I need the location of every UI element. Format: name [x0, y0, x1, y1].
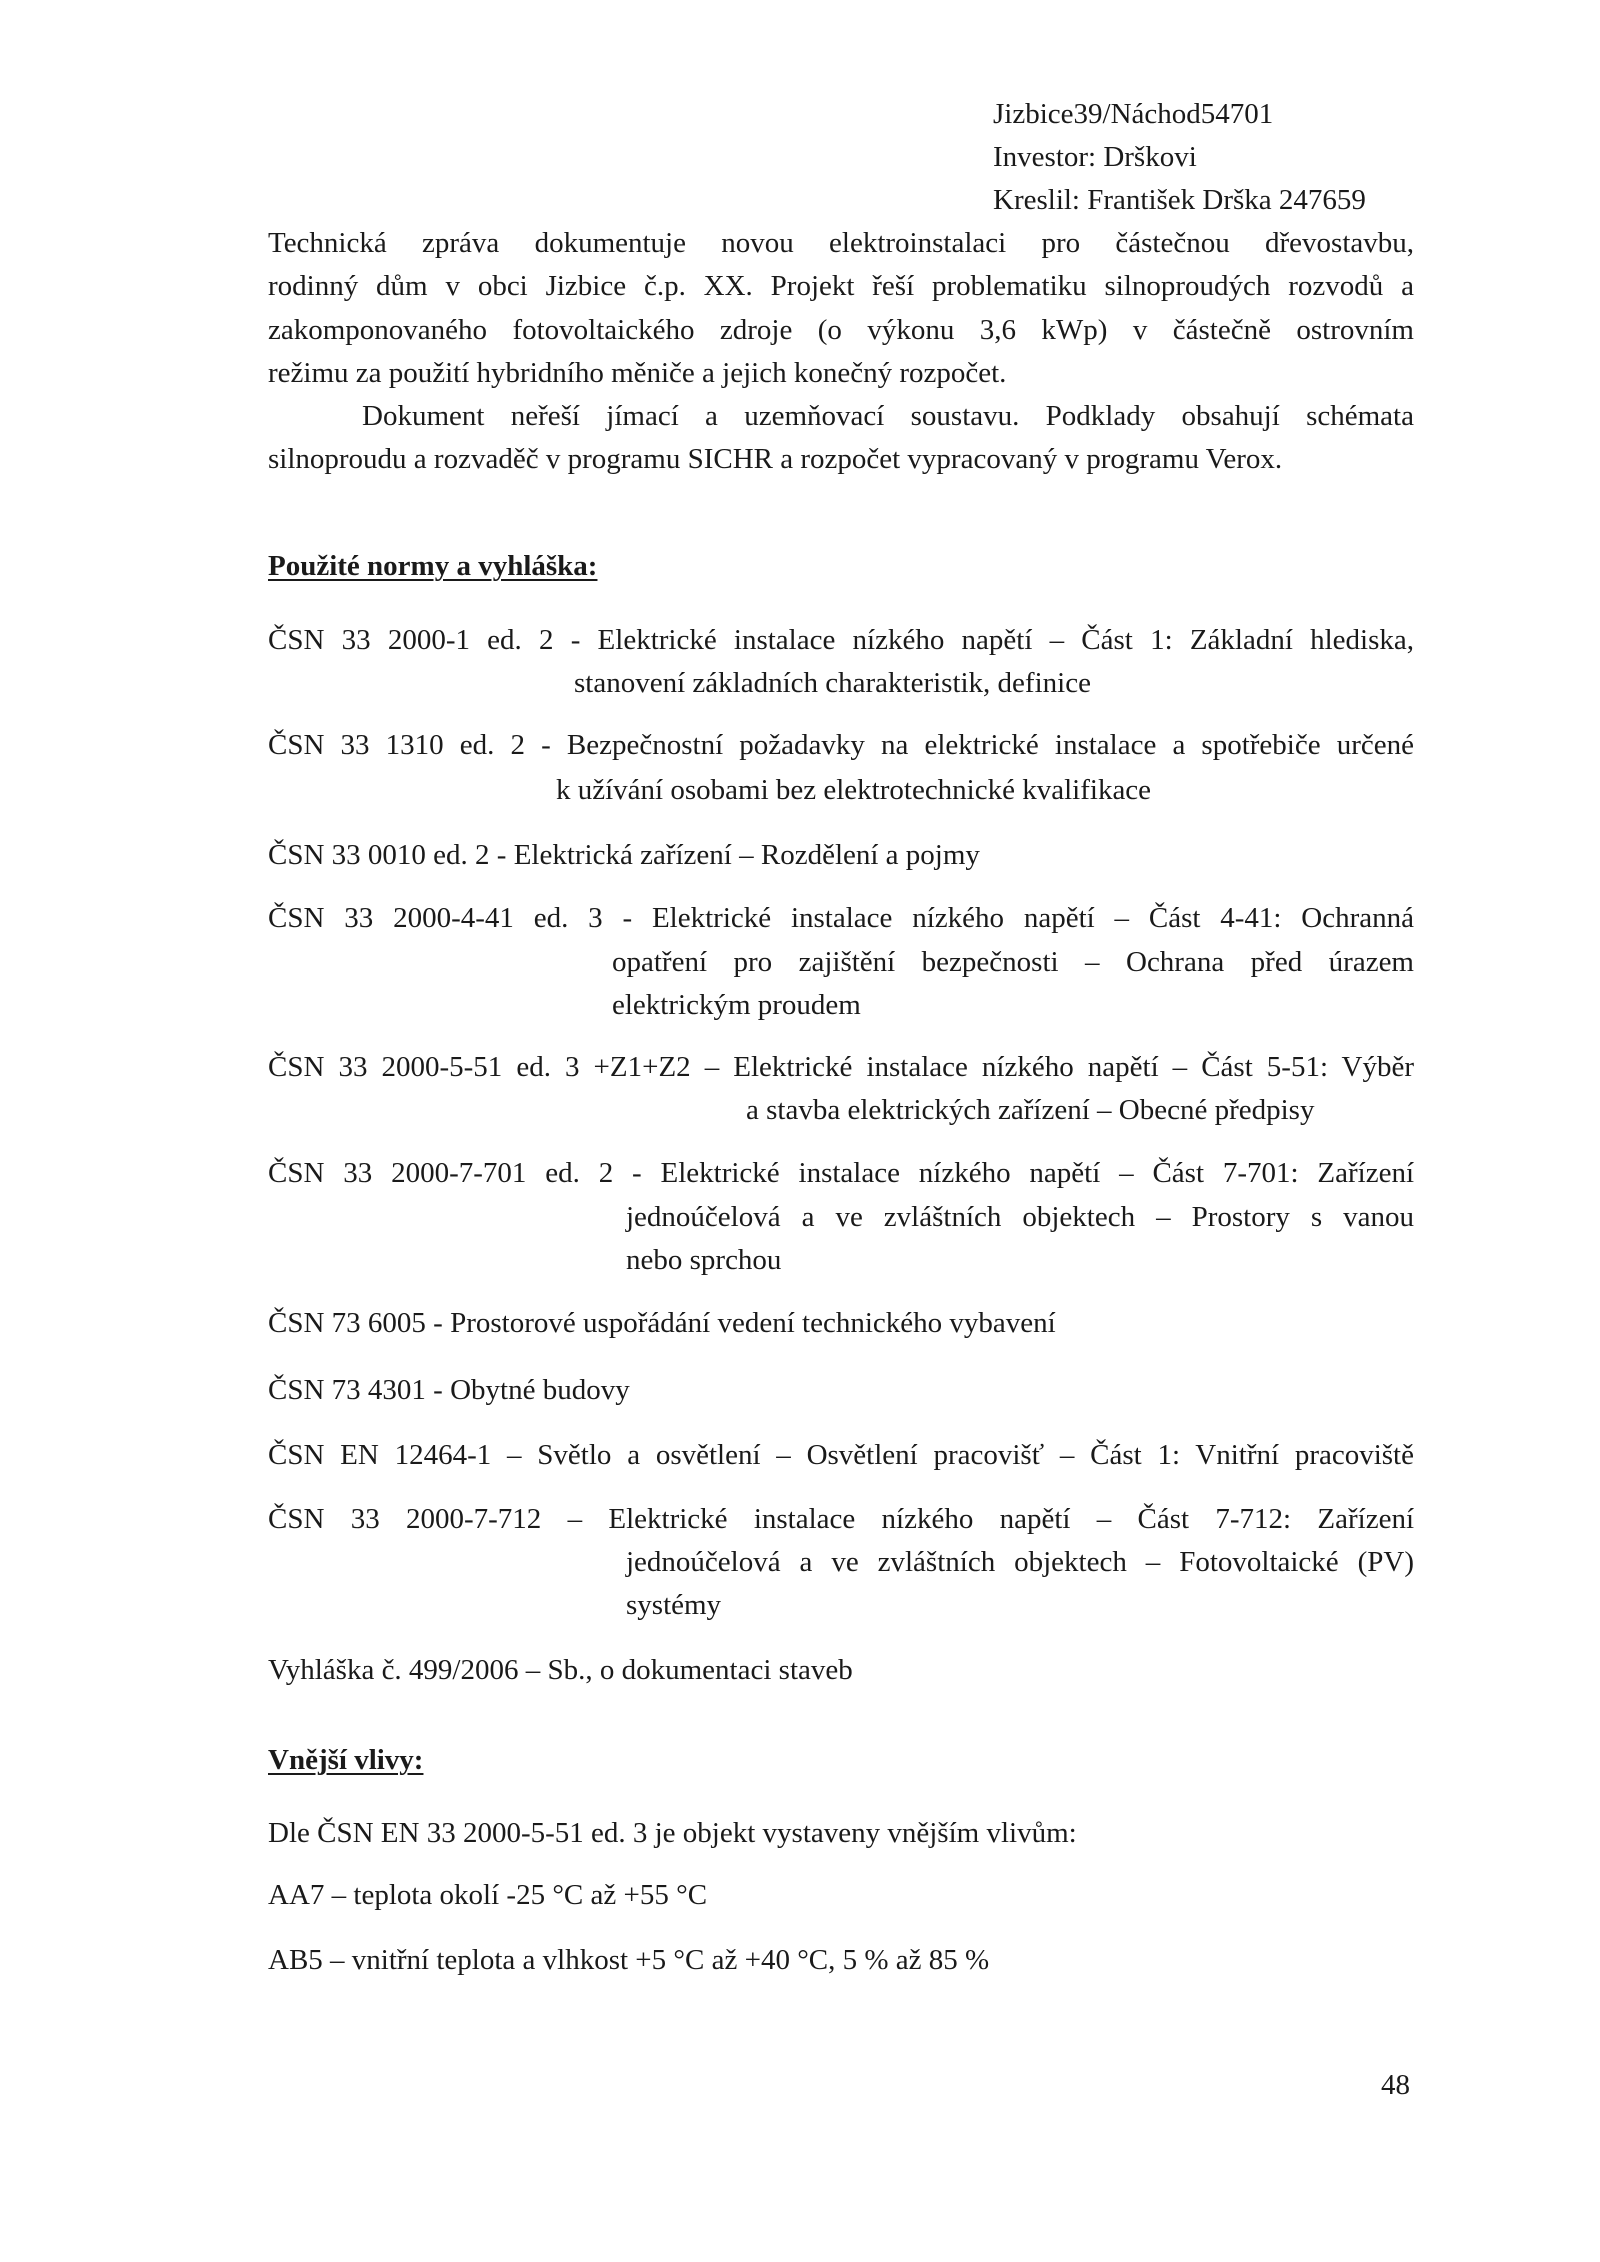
intro-p2-line: silnoproudu a rozvaděč v programu SICHR …: [268, 441, 1282, 477]
external-item: AB5 – vnitřní teplota a vlhkost +5 °C až…: [268, 1942, 989, 1978]
external-item: AA7 – teplota okolí -25 °C až +55 °C: [268, 1877, 707, 1913]
norm-item-line: k užívání osobami bez elektrotechnické k…: [556, 772, 1151, 808]
norm-item-line: ČSN 33 2000-5-51 ed. 3 +Z1+Z2 – Elektric…: [268, 1049, 1414, 1085]
external-intro: Dle ČSN EN 33 2000-5-51 ed. 3 je objekt …: [268, 1815, 1077, 1851]
norm-item-line: stanovení základních charakteristik, def…: [574, 665, 1091, 701]
norm-item-line: ČSN 73 6005 - Prostorové uspořádání vede…: [268, 1305, 1056, 1341]
intro-p2-line: Dokument neřeší jímací a uzemňovací sous…: [362, 398, 1414, 434]
intro-p1-line: rodinný dům v obci Jizbice č.p. XX. Proj…: [268, 268, 1414, 304]
norm-item-line: ČSN 33 1310 ed. 2 - Bezpečnostní požadav…: [268, 727, 1414, 763]
norm-item-line: ČSN 73 4301 - Obytné budovy: [268, 1372, 630, 1408]
norm-item-line: Vyhláška č. 499/2006 – Sb., o dokumentac…: [268, 1652, 853, 1688]
norm-item-line: jednoúčelová a ve zvláštních objektech –…: [626, 1544, 1414, 1580]
norms-heading: Použité normy a vyhláška:: [268, 548, 597, 584]
header-address: Jizbice39/Náchod54701: [993, 96, 1273, 132]
page-number: 48: [1381, 2069, 1410, 2102]
norm-item-line: a stavba elektrických zařízení – Obecné …: [746, 1092, 1314, 1128]
norm-item-line: elektrickým proudem: [612, 987, 861, 1023]
norm-item-line: nebo sprchou: [626, 1242, 781, 1278]
norm-item-line: ČSN 33 0010 ed. 2 - Elektrická zařízení …: [268, 837, 980, 873]
norm-item-line: ČSN 33 2000-7-701 ed. 2 - Elektrické ins…: [268, 1155, 1414, 1191]
norm-item-line: systémy: [626, 1587, 721, 1623]
intro-p1-line: zakomponovaného fotovoltaického zdroje (…: [268, 312, 1414, 348]
external-heading: Vnější vlivy:: [268, 1742, 423, 1778]
document-page: Jizbice39/Náchod54701 Investor: Drškovi …: [0, 0, 1600, 2262]
norm-item-line: ČSN 33 2000-4-41 ed. 3 - Elektrické inst…: [268, 900, 1414, 936]
norm-item-line: ČSN 33 2000-7-712 – Elektrické instalace…: [268, 1501, 1414, 1537]
intro-p1-line: režimu za použití hybridního měniče a je…: [268, 355, 1006, 391]
header-investor: Investor: Drškovi: [993, 139, 1197, 175]
intro-p1-line: Technická zpráva dokumentuje novou elekt…: [268, 225, 1414, 261]
norm-item-line: jednoúčelová a ve zvláštních objektech –…: [626, 1199, 1414, 1235]
norm-item-line: ČSN 33 2000-1 ed. 2 - Elektrické instala…: [268, 622, 1414, 658]
norm-item-line: opatření pro zajištění bezpečnosti – Och…: [612, 944, 1414, 980]
header-drawn-by: Kreslil: František Drška 247659: [993, 182, 1366, 218]
norm-item-line: ČSN EN 12464-1 – Světlo a osvětlení – Os…: [268, 1437, 1414, 1473]
